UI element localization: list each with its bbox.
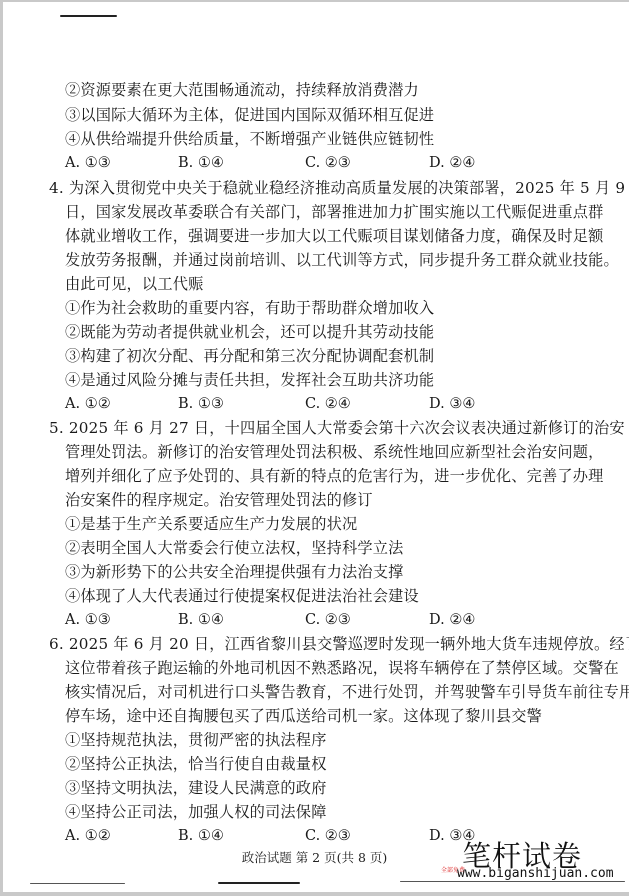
q4-option-a: A. ①② — [65, 394, 111, 414]
q5-statement-1: ①是基于生产关系要适应生产力发展的状况 — [65, 514, 357, 534]
q4-option-b: B. ①③ — [178, 394, 224, 414]
scan-artifact-bottom-mid — [218, 882, 300, 884]
q6-stem-line: 停车场，途中还自掏腰包买了西瓜送给司机一家。这体现了黎川县交警 — [65, 706, 542, 726]
q5-statement-2: ②表明全国人大常委会行使立法权，坚持科学立法 — [65, 538, 404, 558]
q5-statement-4: ④体现了人大代表通过行使提案权促进法治社会建设 — [65, 586, 419, 606]
scan-artifact-bottom-right — [400, 881, 625, 882]
q3-option-d: D. ②④ — [429, 153, 475, 173]
q4-statement-2: ②既能为劳动者提供就业机会，还可以提升其劳动技能 — [65, 322, 434, 342]
q4-option-d: D. ③④ — [429, 394, 475, 414]
q6-stem-line: 6. 2025 年 6 月 20 日，江西省黎川县交警巡逻时发现一辆外地大货车违… — [49, 634, 629, 654]
q5-option-c: C. ②③ — [305, 610, 351, 630]
q3-statement-2: ②资源要素在更大范围畅通流动，持续释放消费潜力 — [65, 80, 419, 100]
q4-stem-line: 由此可见，以工代赈 — [65, 274, 204, 294]
q3-option-c: C. ②③ — [305, 153, 351, 173]
q3-option-a: A. ①③ — [65, 153, 111, 173]
q3-statement-4: ④从供给端提升供给质量，不断增强产业链供应链韧性 — [65, 129, 434, 149]
q6-option-c: C. ②③ — [305, 826, 351, 846]
q6-stem-line: 这位带着孩子跑运输的外地司机因不熟悉路况，误将车辆停在了禁停区域。交警在 — [65, 658, 619, 678]
q4-stem-line: 发放劳务报酬，并通过岗前培训、以工代训等方式，同步提升务工群众就业技能。 — [65, 250, 619, 270]
q5-options: A. ①③ B. ①④ C. ②③ D. ②④ — [65, 610, 585, 630]
q6-option-b: B. ①④ — [178, 826, 224, 846]
q3-options: A. ①③ B. ①④ C. ②③ D. ②④ — [65, 153, 585, 173]
q4-statement-4: ④是通过风险分摊与责任共担，发挥社会互助共济功能 — [65, 370, 434, 390]
q5-stem-line: 增列并细化了应予处罚的、具有新的特点的危害行为，进一步优化、完善了办理 — [65, 466, 604, 486]
q6-statement-2: ②坚持公正执法，恰当行使自由裁量权 — [65, 754, 327, 774]
q6-statement-4: ④坚持公正司法，加强人权的司法保障 — [65, 802, 327, 822]
q4-stem-line: 日，国家发展改革委联合有关部门，部署推进加力扩围实施以工代赈促进重点群 — [65, 202, 604, 222]
q5-stem-line: 管理处罚法。新修订的治安管理处罚法积极、系统性地回应新型社会治安问题， — [65, 442, 604, 462]
scan-artifact-bottom-left — [30, 883, 125, 884]
q4-stem-line: 体就业增收工作，强调要进一步加大以工代赈项目谋划储备力度，确保及时足额 — [65, 226, 604, 246]
q4-stem-line: 4. 为深入贯彻党中央关于稳就业稳经济推动高质量发展的决策部署，2025 年 5… — [49, 178, 625, 198]
q6-statement-1: ①坚持规范执法，贯彻严密的执法程序 — [65, 730, 327, 750]
q4-option-c: C. ②④ — [305, 394, 351, 414]
q5-option-b: B. ①④ — [178, 610, 224, 630]
q5-option-a: A. ①③ — [65, 610, 111, 630]
q5-option-d: D. ②④ — [429, 610, 475, 630]
q5-stem-line: 治安案件的程序规定。治安管理处罚法的修订 — [65, 490, 373, 510]
exam-page: ②资源要素在更大范围畅通流动，持续释放消费潜力 ③以国际大循环为主体，促进国内国… — [3, 2, 629, 892]
q4-statement-1: ①作为社会救助的重要内容，有助于帮助群众增加收入 — [65, 298, 434, 318]
watermark-url: www.biganshijuan.com — [457, 866, 614, 881]
q6-statement-3: ③坚持文明执法，建设人民满意的政府 — [65, 778, 327, 798]
q3-statement-3: ③以国际大循环为主体，促进国内国际双循环相互促进 — [65, 105, 434, 125]
q6-stem-line: 核实情况后，对司机进行口头警告教育，不进行处罚，并驾驶警车引导货车前往专用 — [65, 682, 629, 702]
q3-option-b: B. ①④ — [178, 153, 224, 173]
q4-options: A. ①② B. ①③ C. ②④ D. ③④ — [65, 394, 585, 414]
scan-artifact-top — [60, 15, 117, 17]
q6-option-a: A. ①② — [65, 826, 111, 846]
q5-statement-3: ③为新形势下的公共安全治理提供强有力法治支撑 — [65, 562, 404, 582]
q5-stem-line: 5. 2025 年 6 月 27 日，十四届全国人大常委会第十六次会议表决通过新… — [49, 418, 625, 438]
q4-statement-3: ③构建了初次分配、再分配和第三次分配协调配套机制 — [65, 346, 434, 366]
